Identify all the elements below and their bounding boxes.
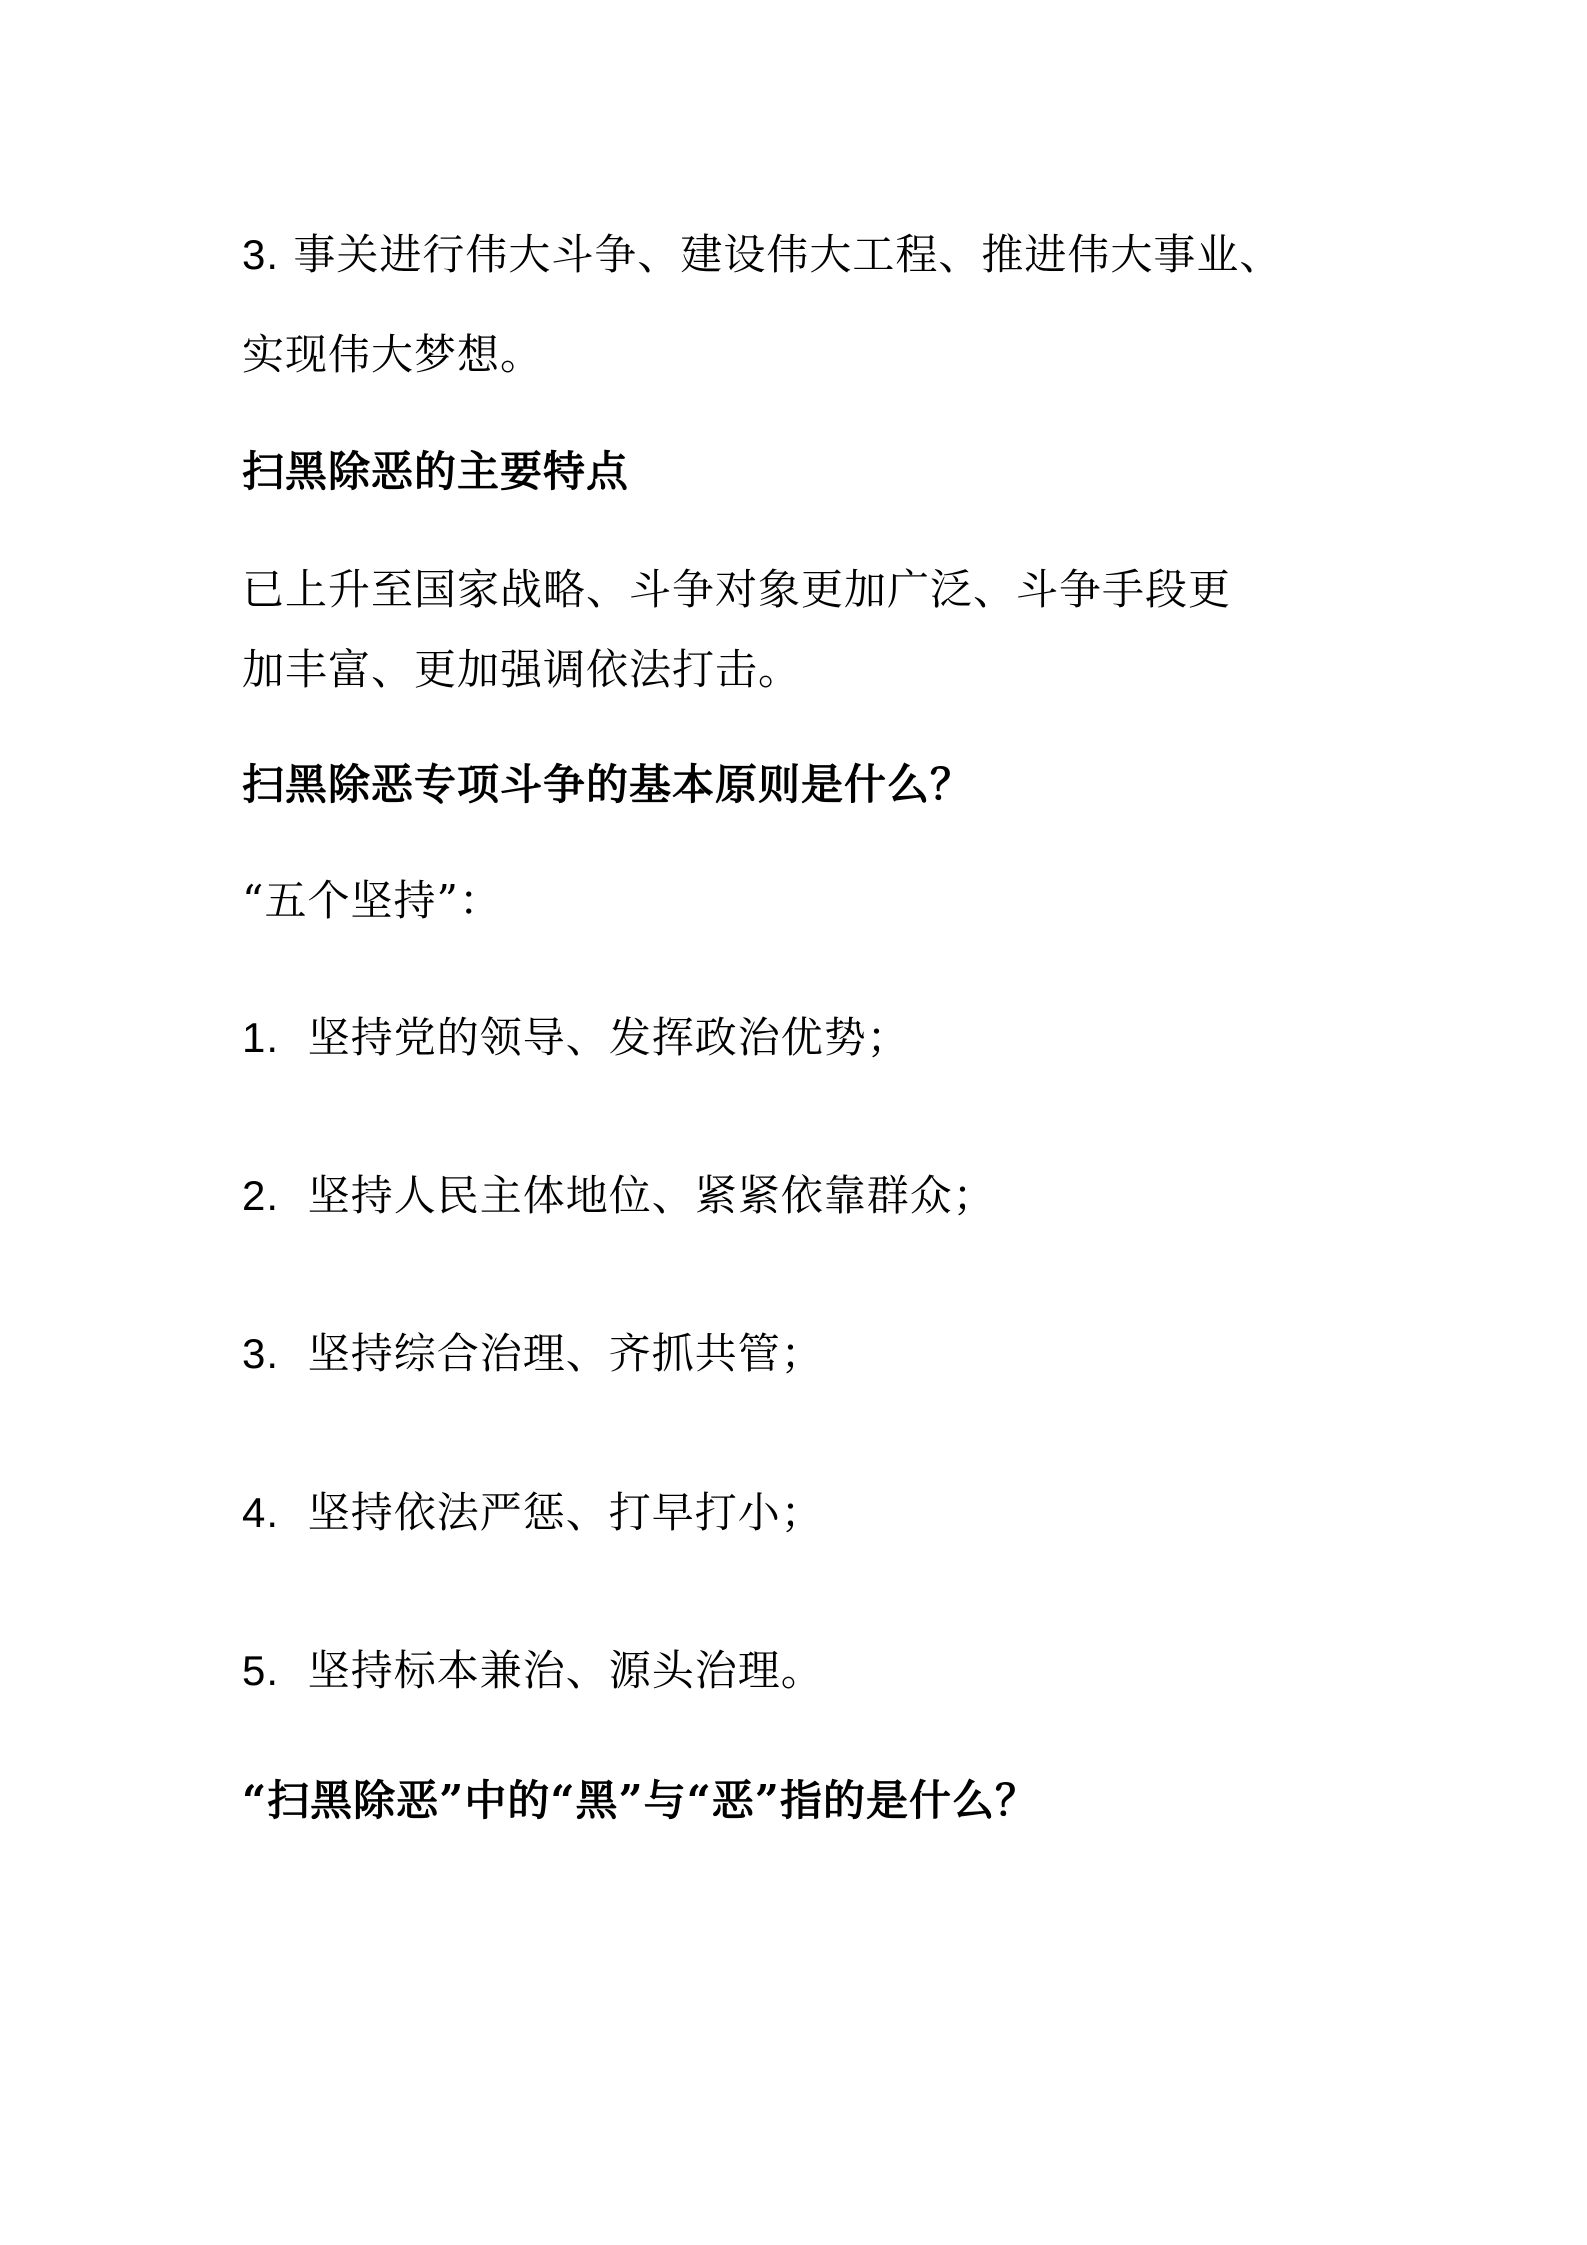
list-item: 1. 坚持党的领导、发挥政治优势； <box>242 1013 910 1063</box>
list-item: 2. 坚持人民主体地位、紧紧依靠群众； <box>242 1171 996 1221</box>
heading-main-features: 扫黑除恶的主要特点 <box>242 447 629 497</box>
list-item: 4. 坚持依法严惩、打早打小； <box>242 1488 824 1538</box>
heading-meaning-of-terms: “扫黑除恶”中的“黑”与“恶”指的是什么？ <box>242 1776 1038 1826</box>
list-item: 5. 坚持标本兼治、源头治理。 <box>242 1646 824 1696</box>
paragraph-features-line2: 加丰富、更加强调依法打击。 <box>242 645 801 695</box>
paragraph-features-line1: 已上升至国家战略、斗争对象更加广泛、斗争手段更 <box>242 565 1231 615</box>
item-text: 坚持依法严惩、打早打小； <box>308 1488 824 1537</box>
paragraph-item3-line1: 3. 事关进行伟大斗争、建设伟大工程、推进伟大事业、 <box>242 230 1282 280</box>
item-number: 2. <box>242 1172 279 1219</box>
item-number: 4. <box>242 1489 279 1536</box>
item-text: 坚持标本兼治、源头治理。 <box>308 1646 824 1695</box>
item-number: 5. <box>242 1647 279 1694</box>
item-number: 3. <box>242 1330 279 1377</box>
list-item: 3. 坚持综合治理、齐抓共管； <box>242 1329 824 1379</box>
item-text: 事关进行伟大斗争、建设伟大工程、推进伟大事业、 <box>293 230 1282 279</box>
heading-basic-principles: 扫黑除恶专项斗争的基本原则是什么？ <box>242 760 973 810</box>
item-text: 坚持人民主体地位、紧紧依靠群众； <box>308 1171 996 1220</box>
paragraph-item3-line2: 实现伟大梦想。 <box>242 330 543 380</box>
five-adherences-label: “五个坚持”： <box>242 876 502 926</box>
item-text: 坚持综合治理、齐抓共管； <box>308 1329 824 1378</box>
item-text: 坚持党的领导、发挥政治优势； <box>308 1013 910 1062</box>
item-number: 1. <box>242 1014 279 1061</box>
item-number: 3. <box>242 231 279 278</box>
